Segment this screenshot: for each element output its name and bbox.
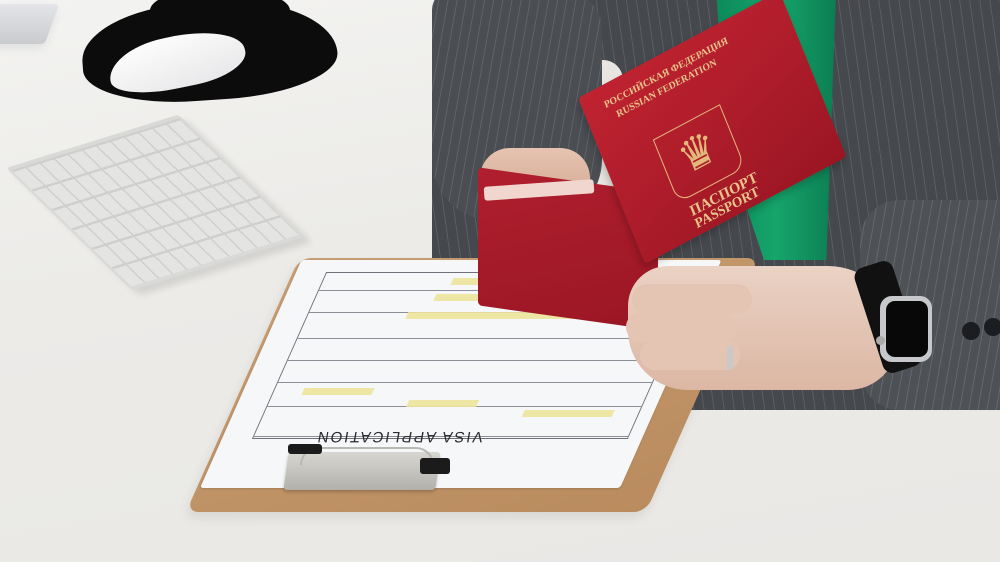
monitor-stand	[0, 4, 59, 44]
keyboard	[6, 115, 305, 291]
finger	[632, 284, 752, 314]
form-highlight	[522, 410, 615, 417]
form-highlight	[406, 400, 479, 407]
form-line	[296, 338, 672, 339]
smartwatch-screen	[886, 301, 928, 357]
form-line	[287, 360, 663, 361]
clipboard-clip-lever	[288, 444, 322, 454]
sleeve-button	[962, 322, 980, 340]
finger	[640, 340, 740, 370]
clipboard-clip-lever	[420, 458, 450, 474]
ring	[727, 346, 733, 370]
form-line	[277, 382, 653, 383]
form-title: VISA APPLICATION	[315, 428, 485, 445]
sleeve-button	[984, 318, 1000, 336]
finger	[626, 312, 736, 342]
watch-crown	[876, 336, 885, 345]
photo-scene: VISA APPLICATION РОССИЙСКАЯ ФЕДЕРАЦИЯ RU…	[0, 0, 1000, 562]
form-highlight	[301, 388, 374, 395]
